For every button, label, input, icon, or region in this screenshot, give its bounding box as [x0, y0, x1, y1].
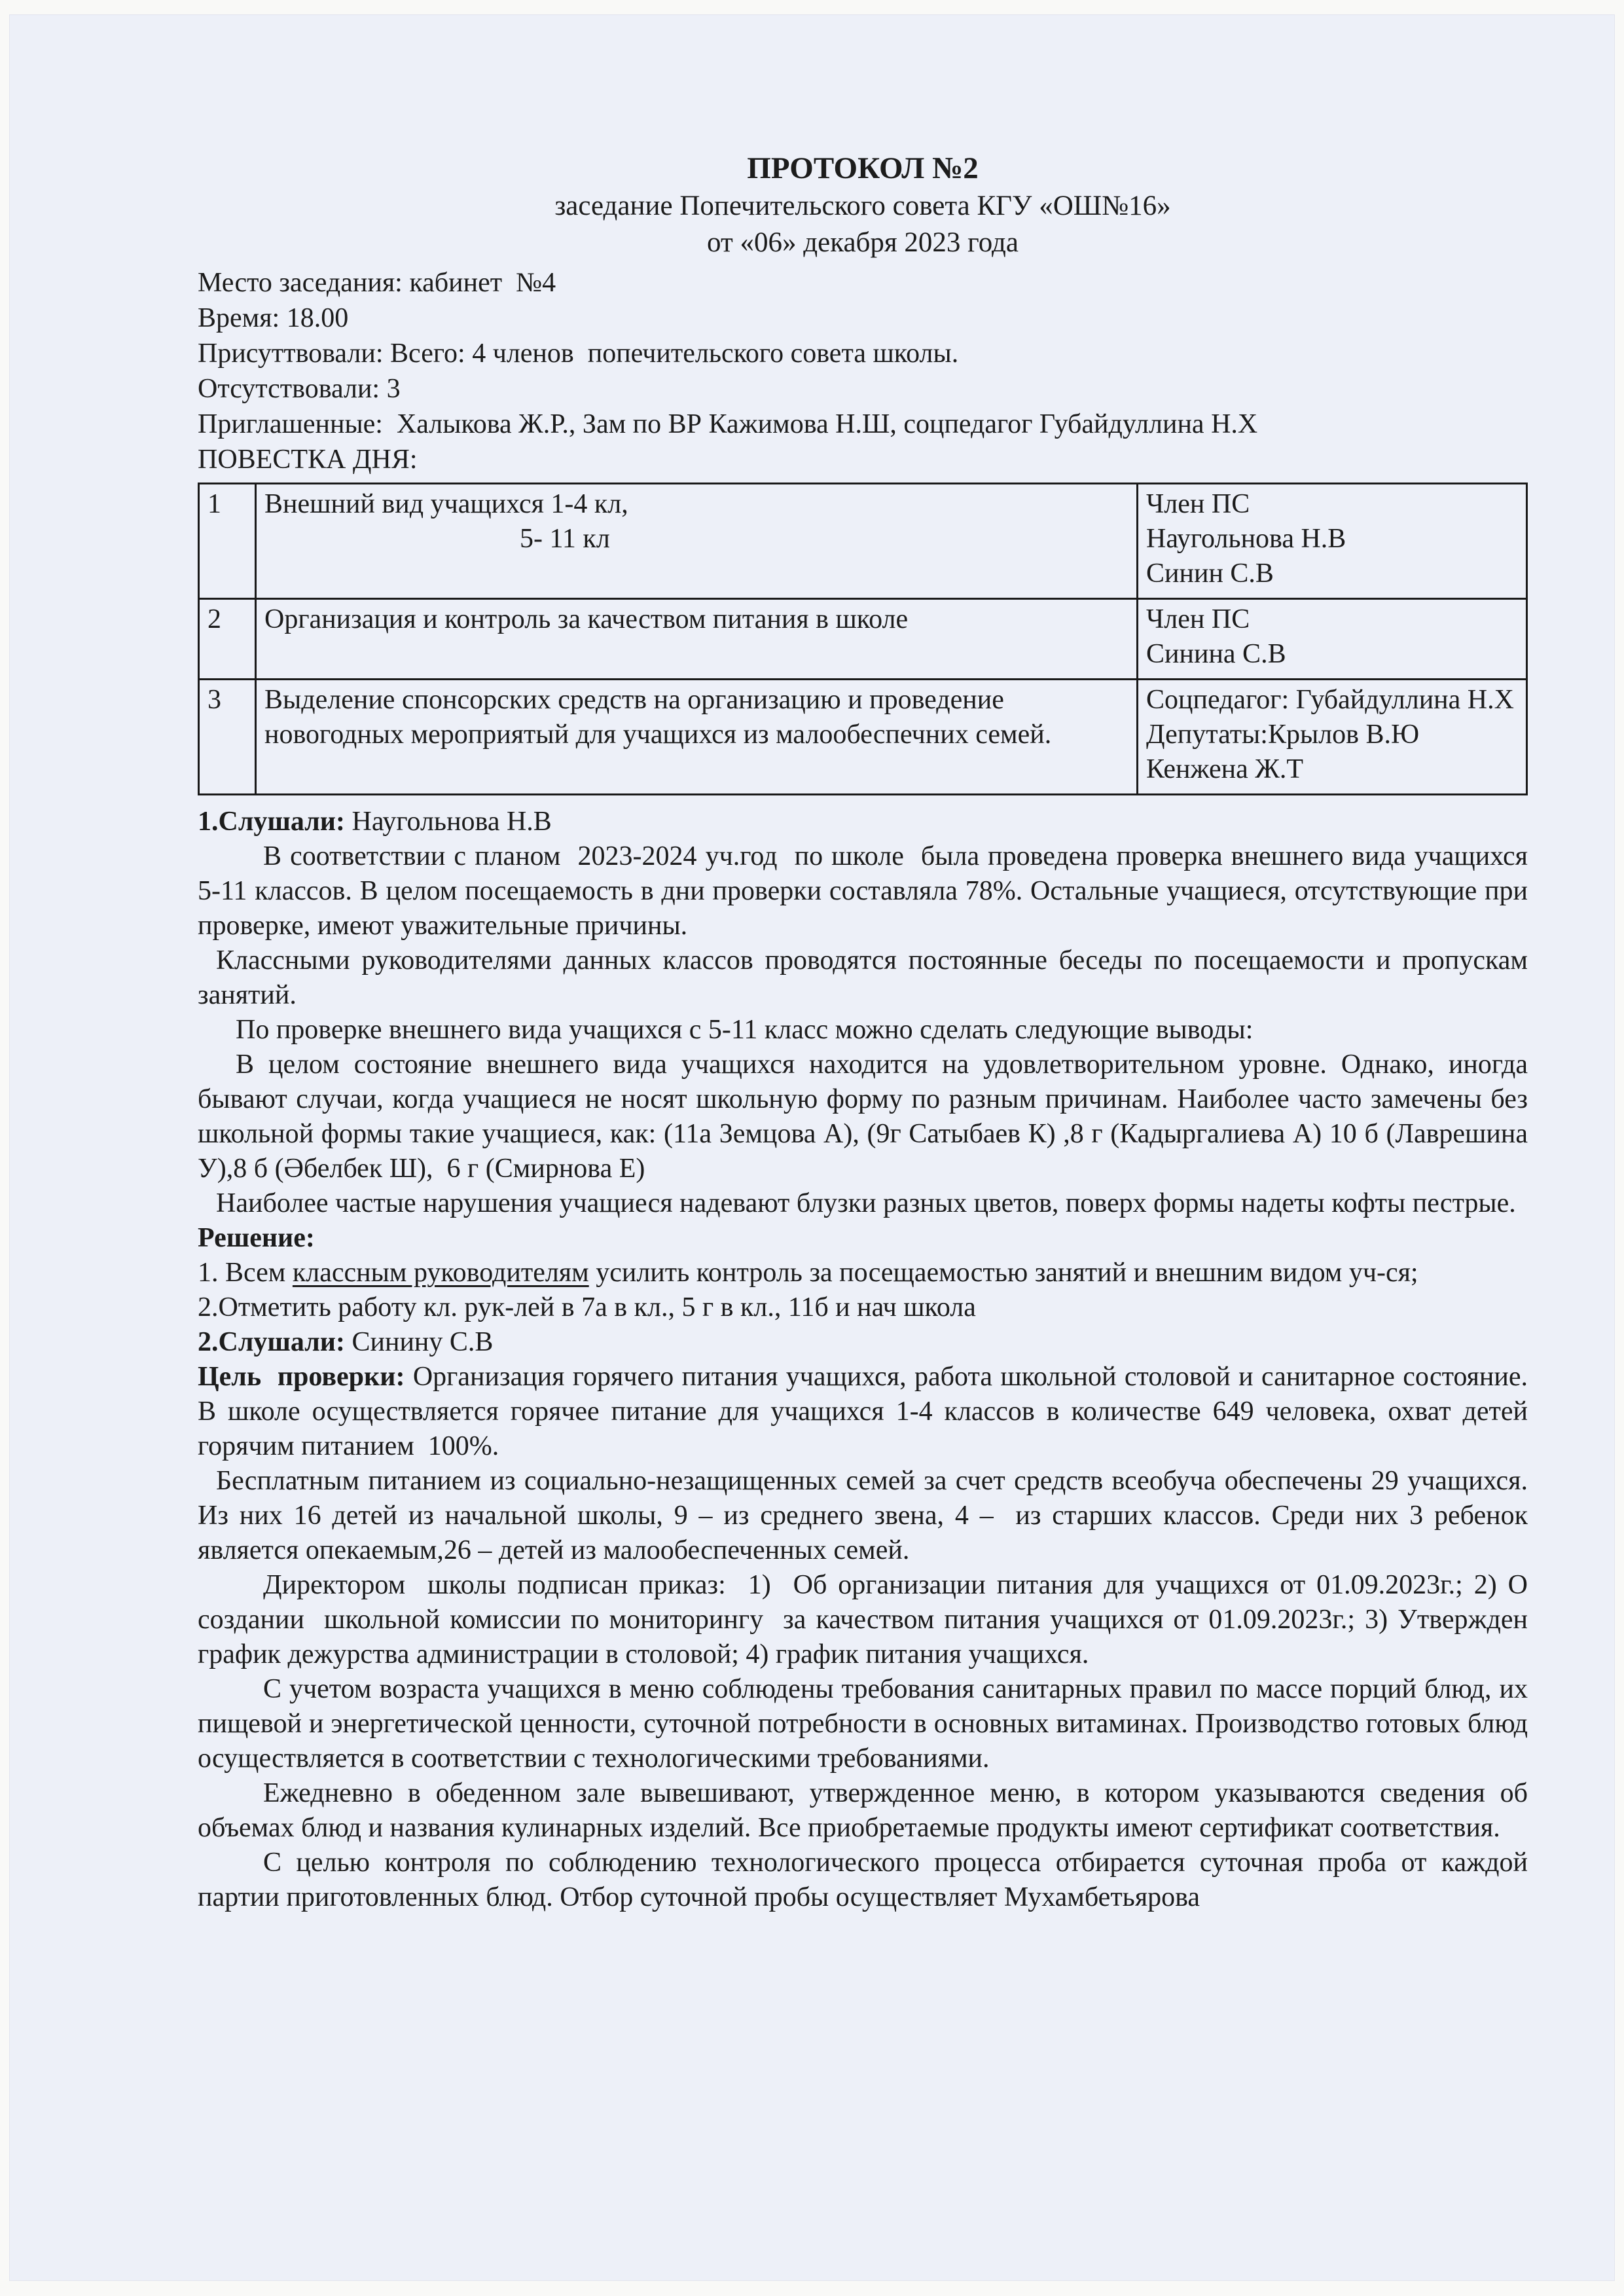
agenda-row-2-number: 2 [199, 599, 256, 680]
agenda-row-1-topic: Внешний вид учащихся 1-4 кл, 5- 11 кл [256, 484, 1138, 599]
agenda-row-3-topic-line-1: Выделение спонсорских средств на организ… [264, 683, 1130, 752]
agenda-row-2-topic-line-1: Организация и контроль за качеством пита… [264, 602, 1130, 637]
responsible-line: Член ПС [1146, 487, 1519, 522]
responsible-line: Член ПС [1146, 602, 1519, 637]
responsible-line: Депутаты:Крылов В.Ю [1146, 718, 1519, 752]
agenda-heading: ПОВЕСТКА ДНЯ: [198, 442, 1528, 477]
decision-heading: Решение: [198, 1221, 1528, 1256]
meta-absent: Отсутствовали: 3 [198, 371, 1528, 407]
heard-1-line: 1.Слушали: Наугольнова Н.В [198, 805, 1528, 839]
responsible-line: Наугольнова Н.В [1146, 522, 1519, 556]
agenda-row-2: 2 Организация и контроль за качеством пи… [199, 599, 1527, 680]
decision-item-1: 1. Всем классным руководителям усилить к… [198, 1256, 1528, 1290]
decision-1-rest: усилить контроль за посещаемостью заняти… [589, 1258, 1418, 1288]
agenda-row-1-responsible: Член ПС Наугольнова Н.В Синин С.В [1138, 484, 1527, 599]
paragraph-violations: Наиболее частые нарушения учащиеся надев… [198, 1186, 1528, 1221]
meta-place: Место заседания: кабинет №4 [198, 265, 1528, 301]
document-subtitle: заседание Попечительского совета КГУ «ОШ… [198, 188, 1528, 225]
paragraph-inspection-goal: Цель проверки: Организация горячего пита… [198, 1360, 1528, 1464]
meeting-meta-block: Место заседания: кабинет №4 Время: 18.00… [198, 265, 1528, 477]
document-header: ПРОТОКОЛ №2 заседание Попечительского со… [198, 149, 1528, 261]
heard-2-value: Синину С.В [345, 1327, 493, 1357]
responsible-line: Синин С.В [1146, 556, 1519, 591]
protocol-body: 1.Слушали: Наугольнова Н.В В соответстви… [198, 805, 1528, 1915]
agenda-row-1: 1 Внешний вид учащихся 1-4 кл, 5- 11 кл … [199, 484, 1527, 599]
heard-1-value: Наугольнова Н.В [345, 807, 552, 837]
heard-2-line: 2.Слушали: Синину С.В [198, 1325, 1528, 1360]
paragraph-class-teachers: Классными руководителями данных классов … [198, 943, 1528, 1013]
meta-time: Время: 18.00 [198, 301, 1528, 336]
responsible-line: Кенжена Ж.Т [1146, 752, 1519, 787]
agenda-row-3-number: 3 [199, 680, 256, 795]
meta-invited: Приглашенные: Халыкова Ж.Р., Зам по ВР К… [198, 407, 1528, 442]
agenda-row-3-topic: Выделение спонсорских средств на организ… [256, 680, 1138, 795]
meta-present: Присуттвовали: Всего: 4 членов попечител… [198, 336, 1528, 371]
decision-1-prefix: 1. Всем [198, 1258, 293, 1288]
agenda-row-1-topic-line-2: 5- 11 кл [264, 522, 1130, 556]
paragraph-menu-requirements: С учетом возраста учащихся в меню соблюд… [198, 1672, 1528, 1776]
paragraph-overall-state: В целом состояние внешнего вида учащихся… [198, 1048, 1528, 1186]
paragraph-attendance-check: В соответствии с планом 2023-2024 уч.год… [198, 839, 1528, 943]
responsible-line: Соцпедагог: Губайдуллина Н.Х [1146, 683, 1519, 718]
agenda-row-2-topic: Организация и контроль за качеством пита… [256, 599, 1138, 680]
document-title: ПРОТОКОЛ №2 [198, 149, 1528, 188]
agenda-table: 1 Внешний вид учащихся 1-4 кл, 5- 11 кл … [198, 483, 1528, 795]
agenda-row-3: 3 Выделение спонсорских средств на орган… [199, 680, 1527, 795]
agenda-row-1-topic-line-1: Внешний вид учащихся 1-4 кл, [264, 487, 1130, 522]
document-content: ПРОТОКОЛ №2 заседание Попечительского со… [198, 15, 1528, 1915]
goal-label: Цель проверки: [198, 1362, 405, 1392]
decision-item-2: 2.Отметить работу кл. рук-лей в 7а в кл.… [198, 1290, 1528, 1325]
document-date-line: от «06» декабря 2023 года [198, 225, 1528, 261]
agenda-row-2-responsible: Член ПС Синина С.В [1138, 599, 1527, 680]
decision-1-underlined: классным руководителям [293, 1258, 589, 1288]
agenda-row-1-number: 1 [199, 484, 256, 599]
heard-2-label: 2.Слушали: [198, 1327, 345, 1357]
agenda-row-3-responsible: Соцпедагог: Губайдуллина Н.Х Депутаты:Кр… [1138, 680, 1527, 795]
paragraph-free-meals: Бесплатным питанием из социально-незащищ… [198, 1464, 1528, 1568]
paragraph-director-order: Директором школы подписан приказ: 1) Об … [198, 1568, 1528, 1672]
responsible-line: Синина С.В [1146, 637, 1519, 672]
paragraph-daily-probe: С целью контроля по соблюдению технологи… [198, 1846, 1528, 1915]
heard-1-label: 1.Слушали: [198, 807, 345, 837]
paragraph-daily-menu: Ежедневно в обеденном зале вывешивают, у… [198, 1776, 1528, 1846]
paragraph-conclusions-intro: По проверке внешнего вида учащихся с 5-1… [198, 1013, 1528, 1048]
scanned-paper-sheet: ПРОТОКОЛ №2 заседание Попечительского со… [9, 14, 1615, 2281]
